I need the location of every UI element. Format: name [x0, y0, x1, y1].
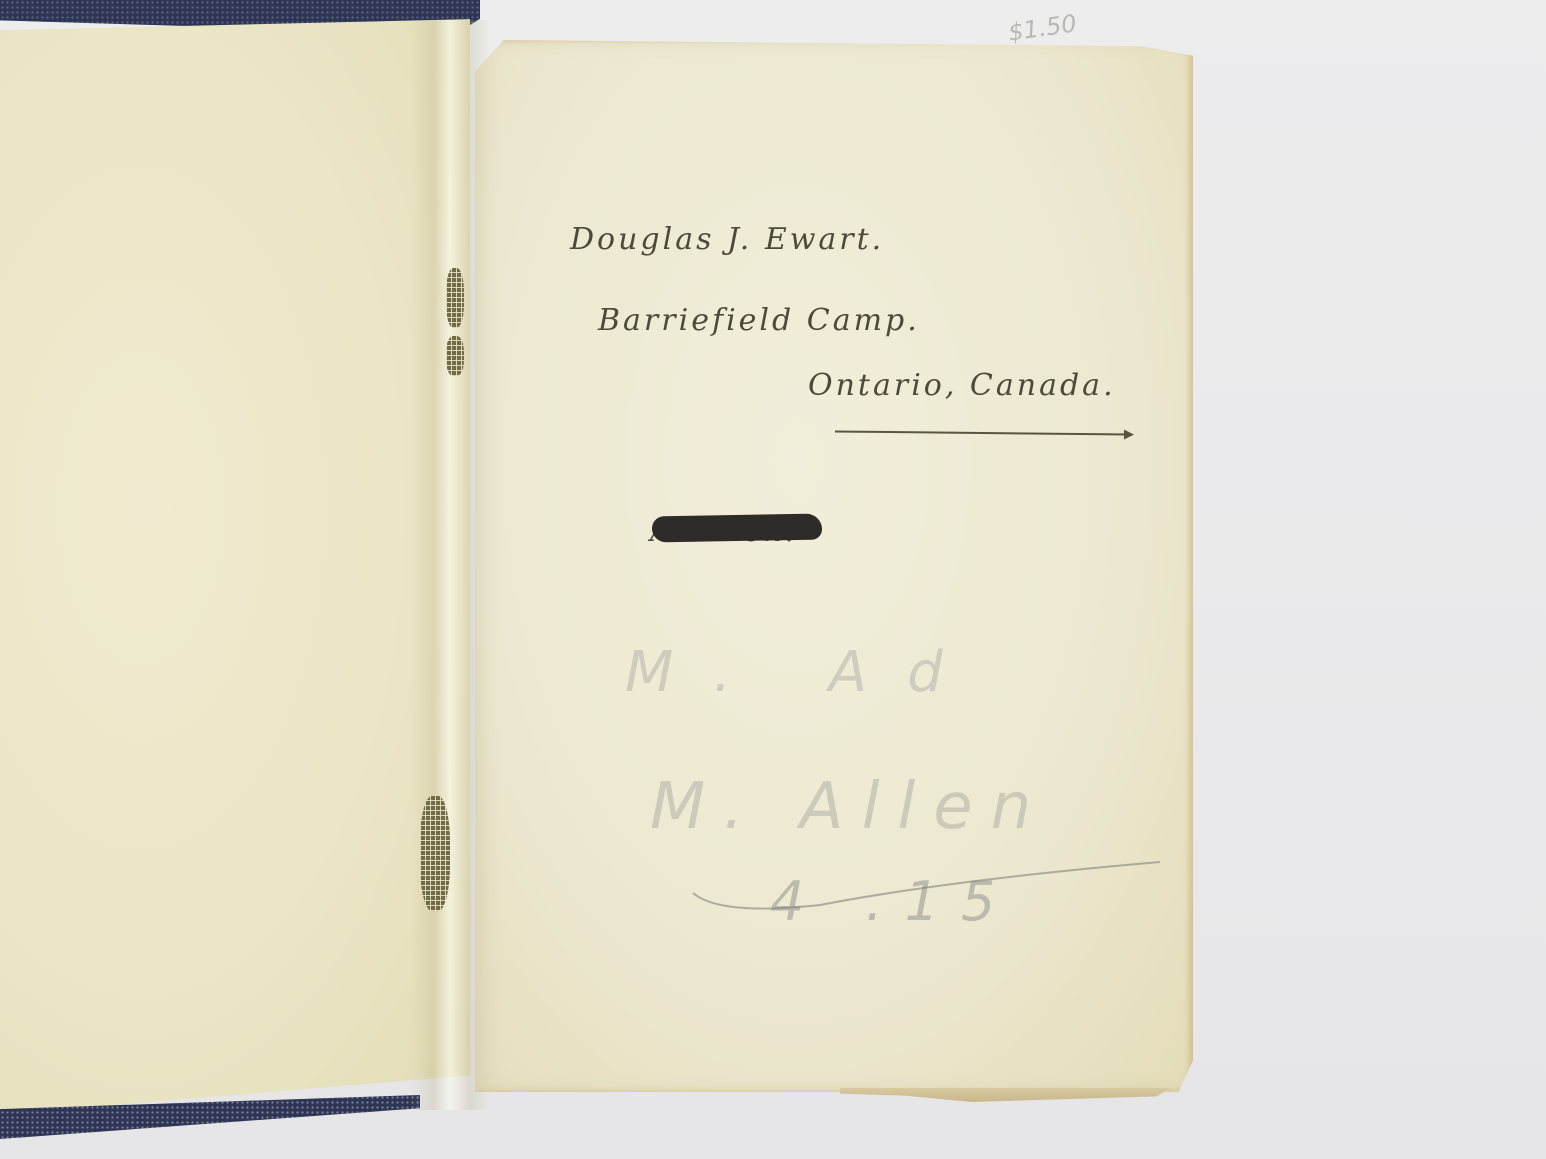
pencil-flourish-line — [0, 0, 1546, 1159]
